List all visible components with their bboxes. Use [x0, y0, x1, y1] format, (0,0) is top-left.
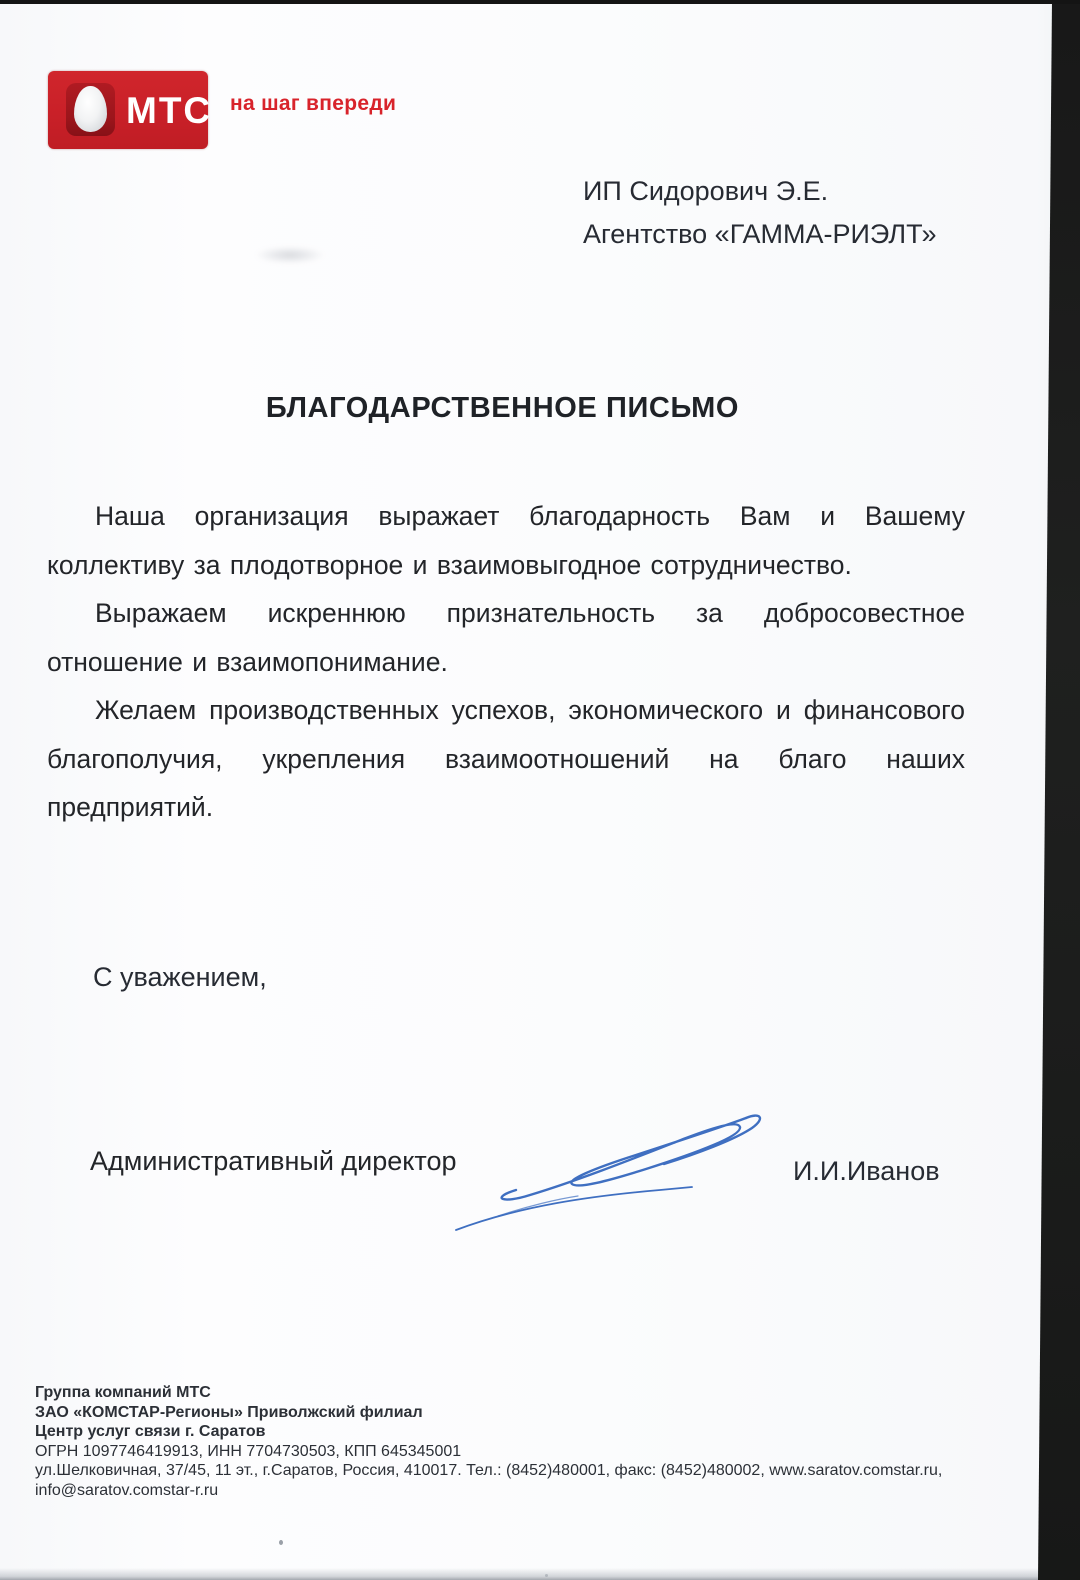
- scan-smudge: [255, 246, 325, 264]
- footer-line-address: ул.Шелковичная, 37/45, 11 эт., г.Саратов…: [35, 1461, 942, 1481]
- paragraph-2: Выражаем искреннюю признательность за до…: [47, 589, 965, 686]
- scan-edge-top: [0, 0, 1080, 4]
- signer-position: Административный директор: [90, 1146, 456, 1177]
- scan-edge-right: [1038, 0, 1080, 1580]
- egg-icon: [74, 86, 107, 132]
- recipient-line-1: ИП Сидорович Э.Е.: [583, 170, 936, 213]
- mts-tagline: на шаг впереди: [230, 92, 396, 116]
- footer-line-branch: ЗАО «КОМСТАР-Регионы» Приволжский филиал: [35, 1403, 942, 1423]
- letterhead-footer: Группа компаний МТС ЗАО «КОМСТАР-Регионы…: [35, 1383, 942, 1500]
- mts-brand-text: МТС: [126, 90, 212, 132]
- handwritten-signature: [428, 1096, 764, 1256]
- letter-body: Наша организация выражает благодарность …: [47, 492, 965, 832]
- paragraph-1: Наша организация выражает благодарность …: [47, 492, 965, 589]
- scan-speck: [279, 1540, 283, 1545]
- footer-line-registration: ОГРН 1097746419913, ИНН 7704730503, КПП …: [35, 1442, 942, 1462]
- paragraph-3: Желаем производственных успехов, экономи…: [47, 686, 965, 832]
- signer-name: И.И.Иванов: [793, 1156, 940, 1187]
- footer-line-company-group: Группа компаний МТС: [35, 1383, 942, 1403]
- letter-title: БЛАГОДАРСТВЕННОЕ ПИСЬМО: [0, 392, 1005, 425]
- scanned-letter-page: МТС на шаг впереди ИП Сидорович Э.Е. Аге…: [0, 0, 1080, 1580]
- footer-line-service-center: Центр услуг связи г. Саратов: [35, 1422, 942, 1442]
- mts-logo: МТС: [48, 71, 208, 149]
- recipient-line-2: Агентство «ГАММА-РИЭЛТ»: [583, 213, 936, 256]
- salutation: С уважением,: [93, 962, 267, 993]
- recipient-block: ИП Сидорович Э.Е. Агентство «ГАММА-РИЭЛТ…: [583, 170, 936, 256]
- footer-line-email: info@saratov.comstar-r.ru: [35, 1481, 942, 1501]
- scan-edge-bottom: [0, 1568, 1080, 1580]
- mts-egg-badge: [66, 83, 115, 136]
